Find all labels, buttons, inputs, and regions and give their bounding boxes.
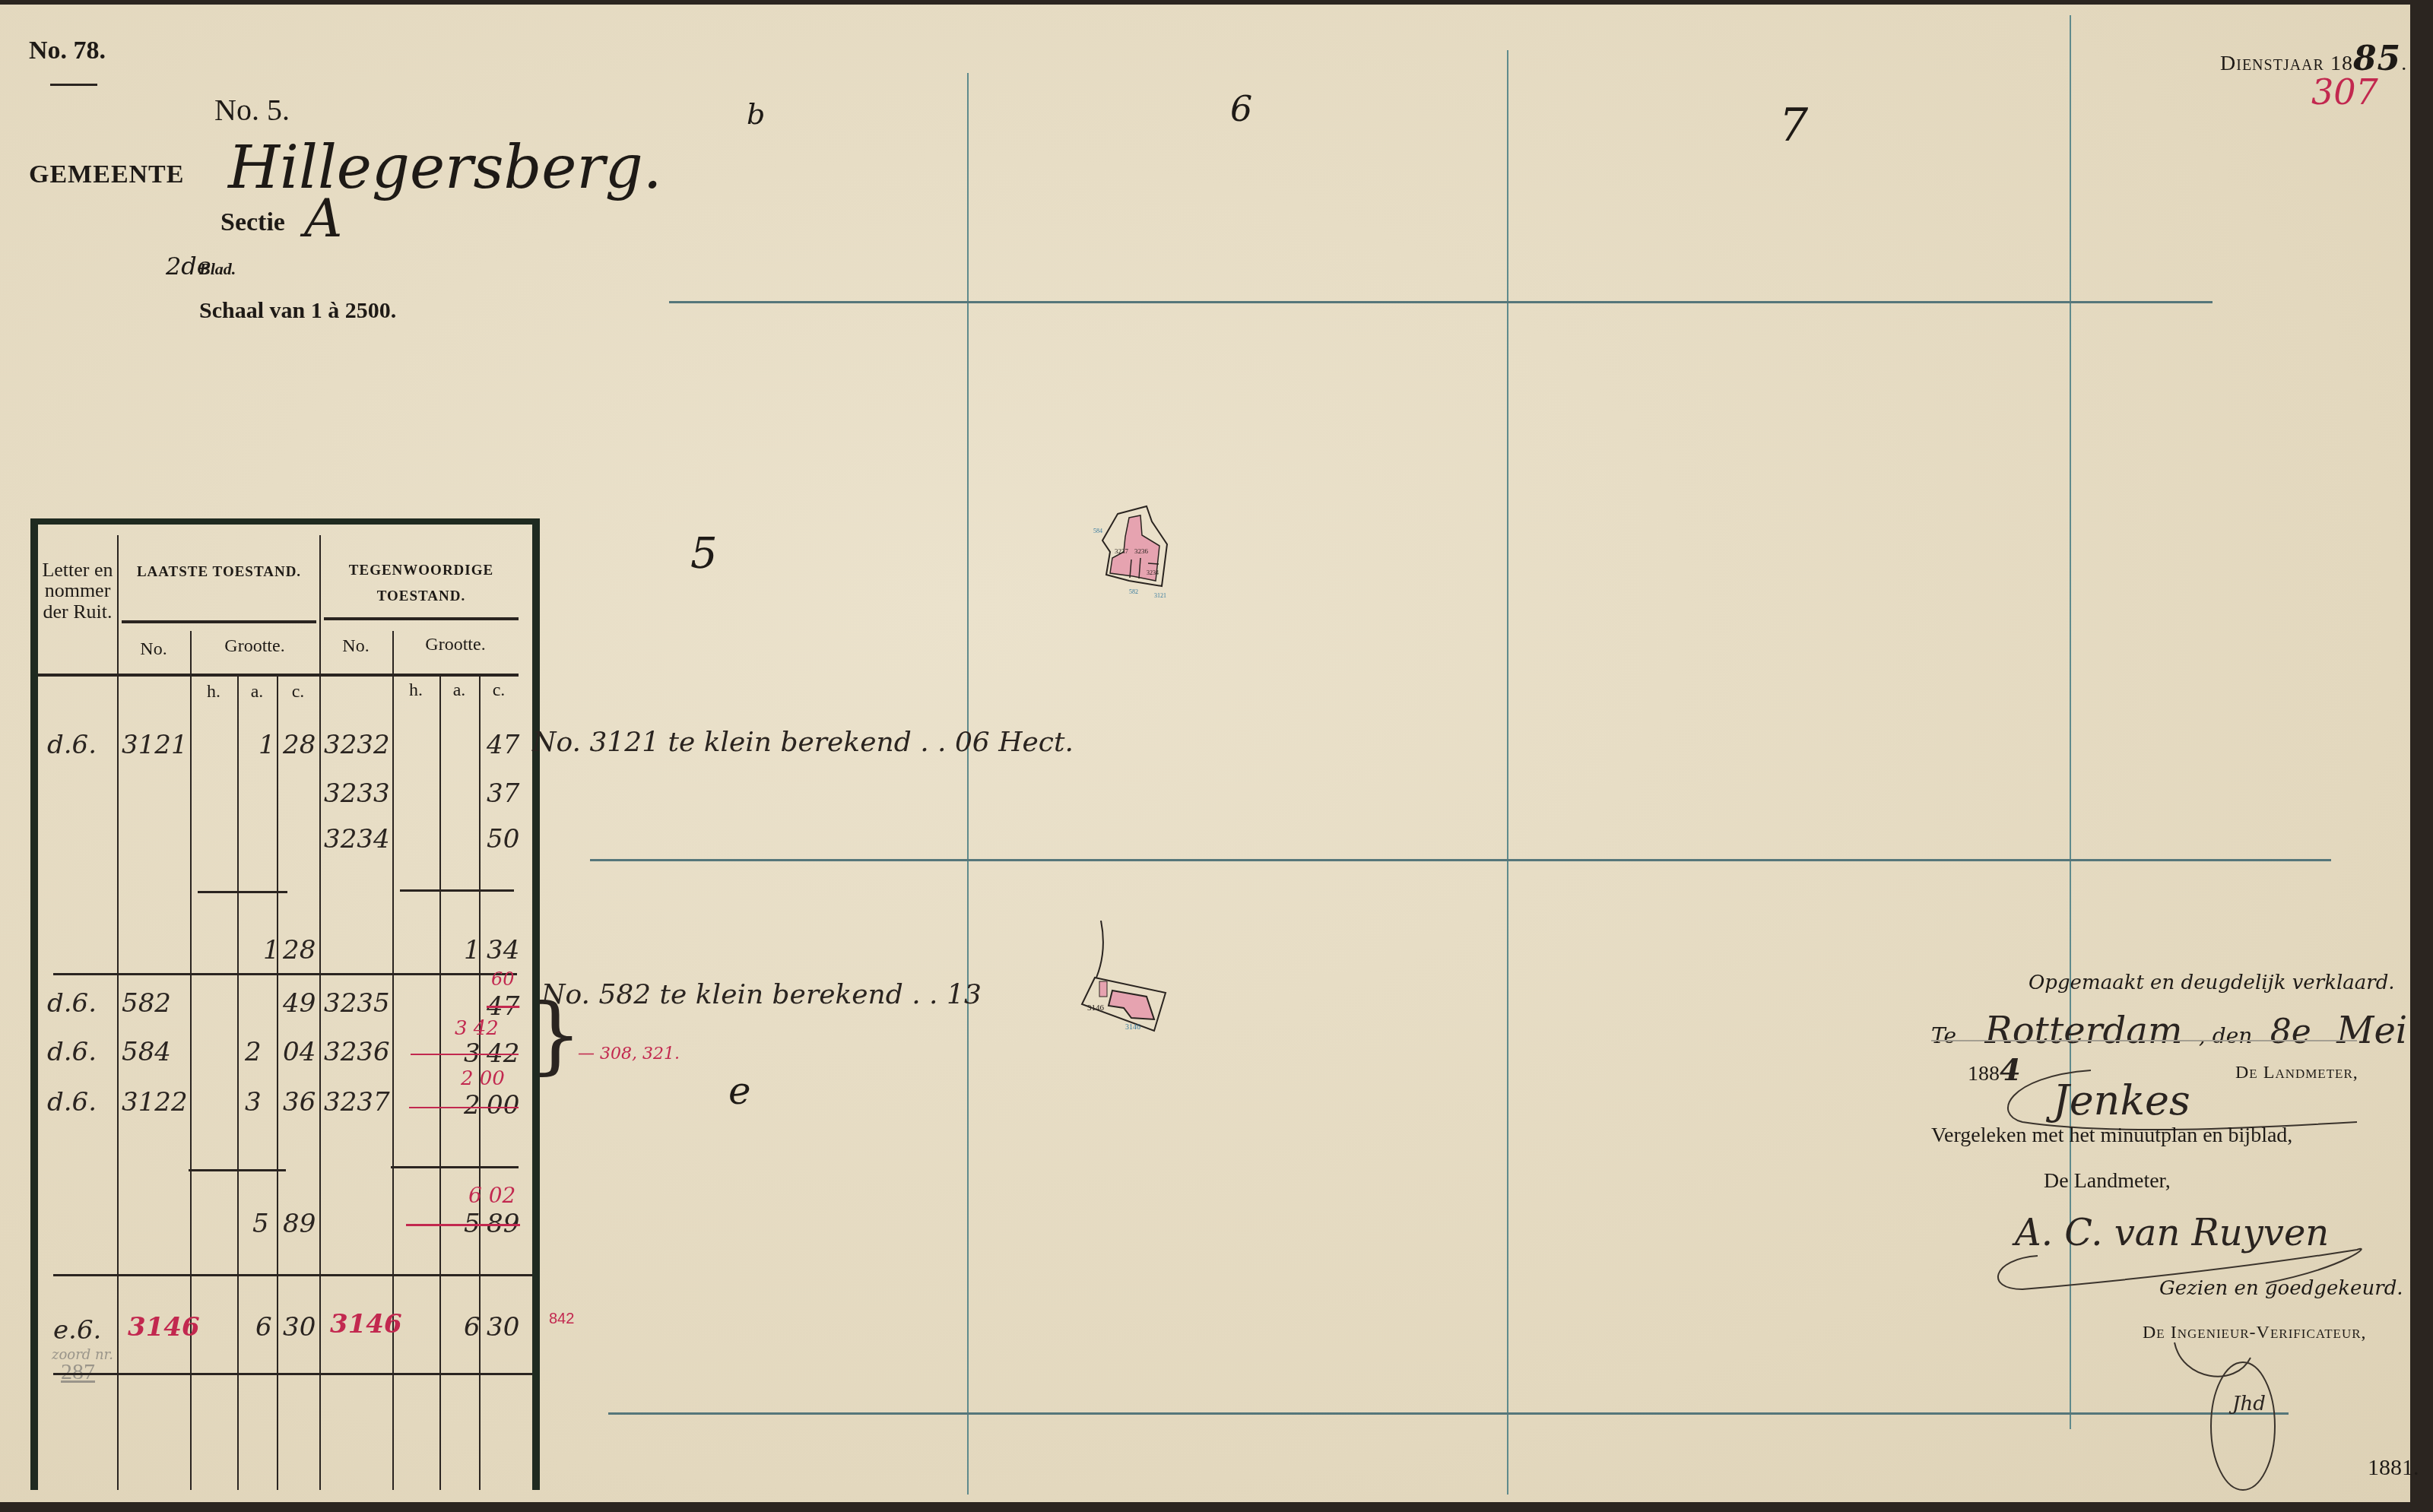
- header-letter: Letter en nommer der Ruit.: [38, 559, 117, 622]
- red-842: 842: [549, 1311, 574, 1328]
- subtotal1-l-c: 28: [283, 935, 316, 965]
- row2-t-c: 37: [487, 778, 519, 809]
- grid-label-e: e: [728, 1069, 751, 1113]
- header-h-tegenwoordig: h.: [392, 681, 439, 700]
- dienstjaar-suffix: .: [2401, 52, 2407, 75]
- gezien-text: Gezien en goedgekeurd.: [2159, 1277, 2403, 1300]
- row1-l-no: 3121: [122, 730, 188, 760]
- svg-text:3146: 3146: [1125, 1023, 1140, 1032]
- svg-text:3121: 3121: [1154, 592, 1166, 599]
- grid-label-5: 5: [690, 529, 718, 578]
- row6-t-red: 2 00: [461, 1067, 505, 1090]
- row6-t-no: 3237: [324, 1087, 390, 1117]
- subtotal2-l-a: 5: [252, 1209, 269, 1239]
- scale-label: Schaal van 1 à 2500.: [199, 298, 396, 324]
- parcel-table: Letter en nommer der Ruit. LAATSTE TOEST…: [30, 518, 540, 1490]
- svg-text:584: 584: [1093, 528, 1102, 534]
- gemeente-value: Hillegersberg.: [228, 134, 662, 202]
- sectie-value: A: [304, 187, 343, 249]
- te-label: Te: [1931, 1023, 1956, 1048]
- grid-label-6: 6: [1230, 88, 1252, 129]
- grid-line-h1: [669, 301, 2213, 303]
- row7-l-no: 3146: [128, 1312, 200, 1342]
- subtotal2-t-red: 6 02: [468, 1183, 515, 1208]
- header-grootte-tegenwoordig: Grootte.: [392, 636, 519, 655]
- parcel-map-group-1[interactable]: 3237 3236 3234 584 582 3121: [1087, 499, 1186, 613]
- vergeleken-text: Vergeleken met het minuutplan en bijblad…: [1931, 1124, 2292, 1148]
- row6-l-c: 36: [283, 1087, 316, 1117]
- header-rule: [50, 84, 97, 86]
- row6-t-c: 00: [487, 1090, 519, 1121]
- row7-ruit: e.6.: [53, 1315, 101, 1346]
- row5-l-no: 584: [122, 1037, 171, 1067]
- blad-label: Blad.: [199, 259, 236, 279]
- grid-line-h2: [590, 859, 2331, 861]
- row4-ruit: d.6.: [47, 988, 97, 1019]
- header-c-laatste: c.: [277, 683, 319, 702]
- row6-l-no: 3122: [122, 1087, 188, 1117]
- row7-ruit-num: 287: [61, 1359, 95, 1385]
- row6-ruit: d.6.: [47, 1087, 97, 1117]
- header-a-tegenwoordig: a.: [439, 681, 479, 700]
- print-year: 1881.: [2368, 1455, 2419, 1481]
- row1-t-c: 47: [487, 730, 519, 760]
- header-c-tegenwoordig: c.: [479, 681, 519, 700]
- header-a-laatste: a.: [237, 683, 277, 702]
- header-tegenwoordige: TEGENWOORDIGE TOESTAND.: [324, 558, 519, 610]
- landmeter-2-title: De Landmeter,: [2044, 1169, 2171, 1193]
- row2-t-no: 3233: [324, 778, 390, 809]
- den-label: , den: [2199, 1023, 2252, 1048]
- day-value: 8e: [2270, 1013, 2311, 1051]
- sheet-number: No. 5.: [214, 92, 290, 128]
- note-3121: No. 3121 te klein berekend . . 06 Hect.: [532, 727, 1074, 758]
- place-value: Rotterdam: [1985, 1010, 2183, 1052]
- header-no-laatste: No.: [117, 640, 190, 659]
- header-grootte-laatste: Grootte.: [190, 637, 319, 656]
- verificateur-signature: Jhd: [2232, 1393, 2266, 1415]
- row7-l-a: 6: [255, 1312, 272, 1342]
- subtotal1-t-c: 34: [487, 935, 519, 965]
- row5-t-no: 3236: [324, 1037, 390, 1067]
- document-number: No. 78.: [29, 36, 106, 65]
- svg-text:3237: 3237: [1115, 547, 1129, 555]
- parcel-map-group-2[interactable]: 3146 3146: [1078, 921, 1177, 1035]
- brace-icon: }: [529, 993, 582, 1076]
- note-582: No. 582 te klein berekend . . 13: [541, 979, 982, 1010]
- row3-t-no: 3234: [324, 824, 390, 854]
- opgemaakt-text: Opgemaakt en deugdelijk verklaard.: [2029, 972, 2395, 994]
- date-underline: [1931, 1040, 2357, 1041]
- row7-t-a: 6: [464, 1312, 481, 1342]
- row7-l-c: 30: [283, 1312, 316, 1342]
- row4-l-no: 582: [122, 988, 171, 1019]
- grid-line-h3: [608, 1412, 2289, 1415]
- red-register-number: 307: [2311, 71, 2378, 113]
- row4-t-red: 60: [491, 968, 515, 990]
- row7-t-no: 3146: [330, 1309, 402, 1339]
- gemeente-label: GEMEENTE: [29, 160, 184, 189]
- row6-t-a: 2: [464, 1090, 481, 1121]
- row1-ruit: d.6.: [47, 730, 97, 760]
- row4-l-c: 49: [283, 988, 316, 1019]
- row1-l-c: 28: [283, 730, 316, 760]
- header-laatste: LAATSTE TOESTAND.: [122, 559, 316, 585]
- grid-line-v2: [1507, 50, 1508, 1495]
- row1-t-no: 3232: [324, 730, 390, 760]
- sectie-label: Sectie: [220, 208, 285, 237]
- grid-label-b: b: [747, 97, 765, 131]
- grid-label-7: 7: [1779, 99, 1808, 152]
- row5-t-red: 3 42: [455, 1017, 499, 1040]
- row1-l-a: 1: [259, 730, 275, 760]
- row3-t-c: 50: [487, 824, 519, 854]
- svg-text:3236: 3236: [1134, 547, 1149, 555]
- row7-t-c: 30: [487, 1312, 519, 1342]
- subtotal1-l-a: 1: [263, 935, 280, 965]
- svg-text:582: 582: [1129, 588, 1138, 595]
- cadastral-sheet: No. 78. No. 5. GEMEENTE Hillegersberg. S…: [0, 5, 2410, 1502]
- row6-l-a: 3: [245, 1087, 262, 1117]
- row5-l-a: 2: [245, 1037, 262, 1067]
- month-value: Mei: [2336, 1010, 2407, 1052]
- subtotal1-t-a: 1: [464, 935, 481, 965]
- svg-text:3234: 3234: [1147, 569, 1159, 576]
- row5-ruit: d.6.: [47, 1037, 97, 1067]
- subtotal2-l-c: 89: [283, 1209, 316, 1239]
- header-h-laatste: h.: [190, 683, 237, 702]
- row4-t-no: 3235: [324, 988, 390, 1019]
- row5-l-c: 04: [283, 1037, 316, 1067]
- header-no-tegenwoordig: No.: [319, 637, 392, 656]
- parcel-3146-label: 3146: [1087, 1003, 1105, 1013]
- grid-line-v1: [967, 73, 969, 1495]
- red-reference: — 308, 321.: [578, 1044, 680, 1063]
